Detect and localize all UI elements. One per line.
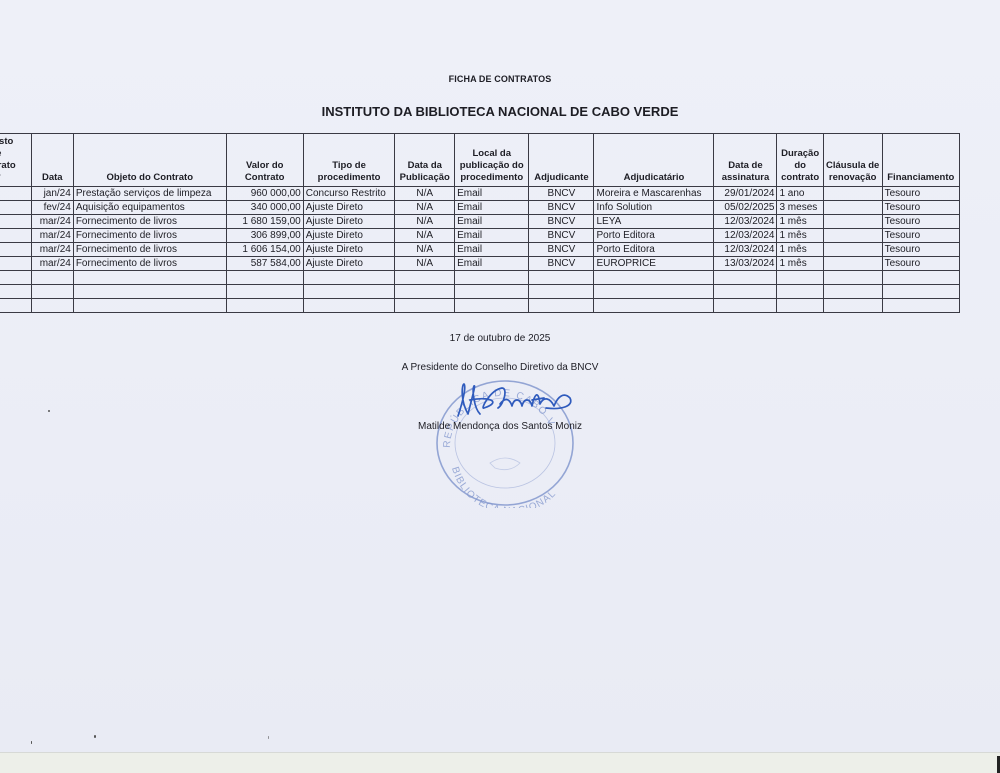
signatory-name: Matilde Mendonça dos Santos Moniz <box>0 421 1000 432</box>
table-cell <box>823 187 882 201</box>
table-cell: 1 ano <box>777 187 823 201</box>
table-cell: BNCV <box>529 215 594 229</box>
table-cell: Tesouro <box>882 187 959 201</box>
table-cell <box>31 271 73 285</box>
table-cell <box>226 271 303 285</box>
signature-date: 17 de outubro de 2025 <box>0 333 1000 344</box>
table-cell: mar/24 <box>31 243 73 257</box>
table-cell: Prestação serviços de limpeza <box>73 187 226 201</box>
table-cell <box>73 299 226 313</box>
table-cell: N/A <box>395 201 455 215</box>
table-cell <box>594 285 714 299</box>
table-cell: LEYA <box>594 215 714 229</box>
document-title: FICHA DE CONTRATOS <box>0 74 1000 84</box>
table-cell <box>714 285 777 299</box>
table-cell: 29/01/2024 <box>714 187 777 201</box>
table-cell: mar/24 <box>31 215 73 229</box>
table-cell <box>73 271 226 285</box>
table-cell <box>0 229 31 243</box>
table-row: mar/24Fornecimento de livros1 680 159,00… <box>0 215 960 229</box>
table-cell <box>823 201 882 215</box>
table-cell: 340 000,00 <box>226 201 303 215</box>
table-cell: Email <box>455 257 529 271</box>
table-cell: Tesouro <box>882 243 959 257</box>
table-body: jan/24Prestação serviços de limpeza960 0… <box>0 187 960 313</box>
svg-text:BIBLIOTECA NACIONAL: BIBLIOTECA NACIONAL <box>449 466 558 508</box>
table-cell: Info Solution <box>594 201 714 215</box>
table-cell: Moreira e Mascarenhas <box>594 187 714 201</box>
table-cell <box>395 271 455 285</box>
table-row <box>0 285 960 299</box>
table-row: jan/24Prestação serviços de limpeza960 0… <box>0 187 960 201</box>
table-row <box>0 299 960 313</box>
table-cell <box>455 271 529 285</box>
table-cell: 12/03/2024 <box>714 229 777 243</box>
table-cell: 1 606 154,00 <box>226 243 303 257</box>
table-cell <box>529 299 594 313</box>
table-cell: BNCV <box>529 187 594 201</box>
signature-icon <box>450 378 580 423</box>
table-cell: Email <box>455 215 529 229</box>
table-cell: Ajuste Direto <box>303 201 395 215</box>
table-cell: BNCV <box>529 257 594 271</box>
table-cell: 13/03/2024 <box>714 257 777 271</box>
table-cell <box>0 285 31 299</box>
table-cell <box>226 285 303 299</box>
table-cell <box>0 299 31 313</box>
table-cell <box>823 299 882 313</box>
table-cell <box>0 215 31 229</box>
table-cell <box>529 285 594 299</box>
table-cell: Email <box>455 229 529 243</box>
column-header: Cláusula derenovação <box>823 134 882 187</box>
table-cell: Ajuste Direto <box>303 229 395 243</box>
table-cell: N/A <box>395 243 455 257</box>
table-cell <box>0 187 31 201</box>
table-cell <box>823 243 882 257</box>
table-cell: N/A <box>395 215 455 229</box>
column-header: Adjudicatário <box>594 134 714 187</box>
scanned-page: FICHA DE CONTRATOS INSTITUTO DA BIBLIOTE… <box>0 0 1000 752</box>
table-cell <box>303 299 395 313</box>
column-header: Objeto do Contrato <box>73 134 226 187</box>
table-cell: fev/24 <box>31 201 73 215</box>
table-cell <box>529 271 594 285</box>
table-cell: Tesouro <box>882 229 959 243</box>
table-cell: 1 mês <box>777 229 823 243</box>
table-cell <box>714 299 777 313</box>
table-cell: 12/03/2024 <box>714 215 777 229</box>
table-cell: Porto Editora <box>594 243 714 257</box>
table-cell <box>823 215 882 229</box>
table-cell <box>0 257 31 271</box>
column-header: Financiamento <box>882 134 959 187</box>
table-row: mar/24Fornecimento de livros1 606 154,00… <box>0 243 960 257</box>
table-cell <box>395 299 455 313</box>
table-cell <box>882 285 959 299</box>
table-cell: 1 mês <box>777 257 823 271</box>
table-cell: Email <box>455 243 529 257</box>
column-header: RegistodeContratonº <box>0 134 31 187</box>
column-header: Data <box>31 134 73 187</box>
table-cell: mar/24 <box>31 257 73 271</box>
column-header: Duraçãodocontrato <box>777 134 823 187</box>
table-cell: 05/02/2025 <box>714 201 777 215</box>
table-cell <box>0 271 31 285</box>
table-row: fev/24Aquisição equipamentos340 000,00Aj… <box>0 201 960 215</box>
table-row: mar/24Fornecimento de livros587 584,00Aj… <box>0 257 960 271</box>
table-cell: mar/24 <box>31 229 73 243</box>
table-cell: Fornecimento de livros <box>73 243 226 257</box>
table-cell <box>455 299 529 313</box>
table-cell: Aquisição equipamentos <box>73 201 226 215</box>
table-cell: 1 680 159,00 <box>226 215 303 229</box>
table-cell <box>882 271 959 285</box>
column-header: Valor doContrato <box>226 134 303 187</box>
table-cell <box>594 271 714 285</box>
table-cell <box>882 299 959 313</box>
table-cell: Email <box>455 201 529 215</box>
document-subtitle: INSTITUTO DA BIBLIOTECA NACIONAL DE CABO… <box>0 104 1000 119</box>
scan-speck <box>31 741 32 744</box>
column-header: Tipo deprocedimento <box>303 134 395 187</box>
table-cell: Tesouro <box>882 257 959 271</box>
table-cell <box>777 285 823 299</box>
table-row: mar/24Fornecimento de livros306 899,00Aj… <box>0 229 960 243</box>
table-cell <box>714 271 777 285</box>
table-cell: Concurso Restrito <box>303 187 395 201</box>
table-cell <box>226 299 303 313</box>
table-cell <box>823 257 882 271</box>
table-cell <box>73 285 226 299</box>
table-cell <box>31 299 73 313</box>
table-cell: Email <box>455 187 529 201</box>
table-cell <box>0 243 31 257</box>
table-cell: 306 899,00 <box>226 229 303 243</box>
table-cell <box>303 271 395 285</box>
table-cell: Tesouro <box>882 201 959 215</box>
column-header: Local dapublicação doprocedimento <box>455 134 529 187</box>
table-cell <box>823 285 882 299</box>
table-cell: BNCV <box>529 229 594 243</box>
contracts-table: RegistodeContratonºDataObjeto do Contrat… <box>0 133 960 313</box>
table-cell <box>823 271 882 285</box>
table-cell <box>395 285 455 299</box>
table-cell: 12/03/2024 <box>714 243 777 257</box>
table-cell: BNCV <box>529 201 594 215</box>
table-cell <box>594 299 714 313</box>
table-cell: Ajuste Direto <box>303 257 395 271</box>
table-cell: Ajuste Direto <box>303 243 395 257</box>
table-cell <box>455 285 529 299</box>
table-cell: Tesouro <box>882 215 959 229</box>
table-cell: N/A <box>395 257 455 271</box>
table-cell: BNCV <box>529 243 594 257</box>
table-cell: EUROPRICE <box>594 257 714 271</box>
table-cell <box>777 299 823 313</box>
column-header: Data daPublicação <box>395 134 455 187</box>
table-cell <box>303 285 395 299</box>
scan-speck <box>268 736 269 739</box>
table-cell: N/A <box>395 229 455 243</box>
table-row <box>0 271 960 285</box>
table-cell: N/A <box>395 187 455 201</box>
table-cell <box>823 229 882 243</box>
table-cell <box>777 271 823 285</box>
table-cell: Fornecimento de livros <box>73 257 226 271</box>
table-cell: Fornecimento de livros <box>73 229 226 243</box>
table-header-row: RegistodeContratonºDataObjeto do Contrat… <box>0 134 960 187</box>
table-cell: 960 000,00 <box>226 187 303 201</box>
table-cell: jan/24 <box>31 187 73 201</box>
table-cell: 1 mês <box>777 215 823 229</box>
table-cell: 1 mês <box>777 243 823 257</box>
table-cell: Ajuste Direto <box>303 215 395 229</box>
scanner-bottom-margin <box>0 752 1000 773</box>
table-cell: 587 584,00 <box>226 257 303 271</box>
column-header: Adjudicante <box>529 134 594 187</box>
table-cell <box>0 201 31 215</box>
table-cell: 3 meses <box>777 201 823 215</box>
table-cell: Fornecimento de livros <box>73 215 226 229</box>
scan-speck <box>48 410 50 412</box>
column-header: Data deassinatura <box>714 134 777 187</box>
table-cell: Porto Editora <box>594 229 714 243</box>
scan-speck <box>94 735 96 738</box>
table-cell <box>31 285 73 299</box>
